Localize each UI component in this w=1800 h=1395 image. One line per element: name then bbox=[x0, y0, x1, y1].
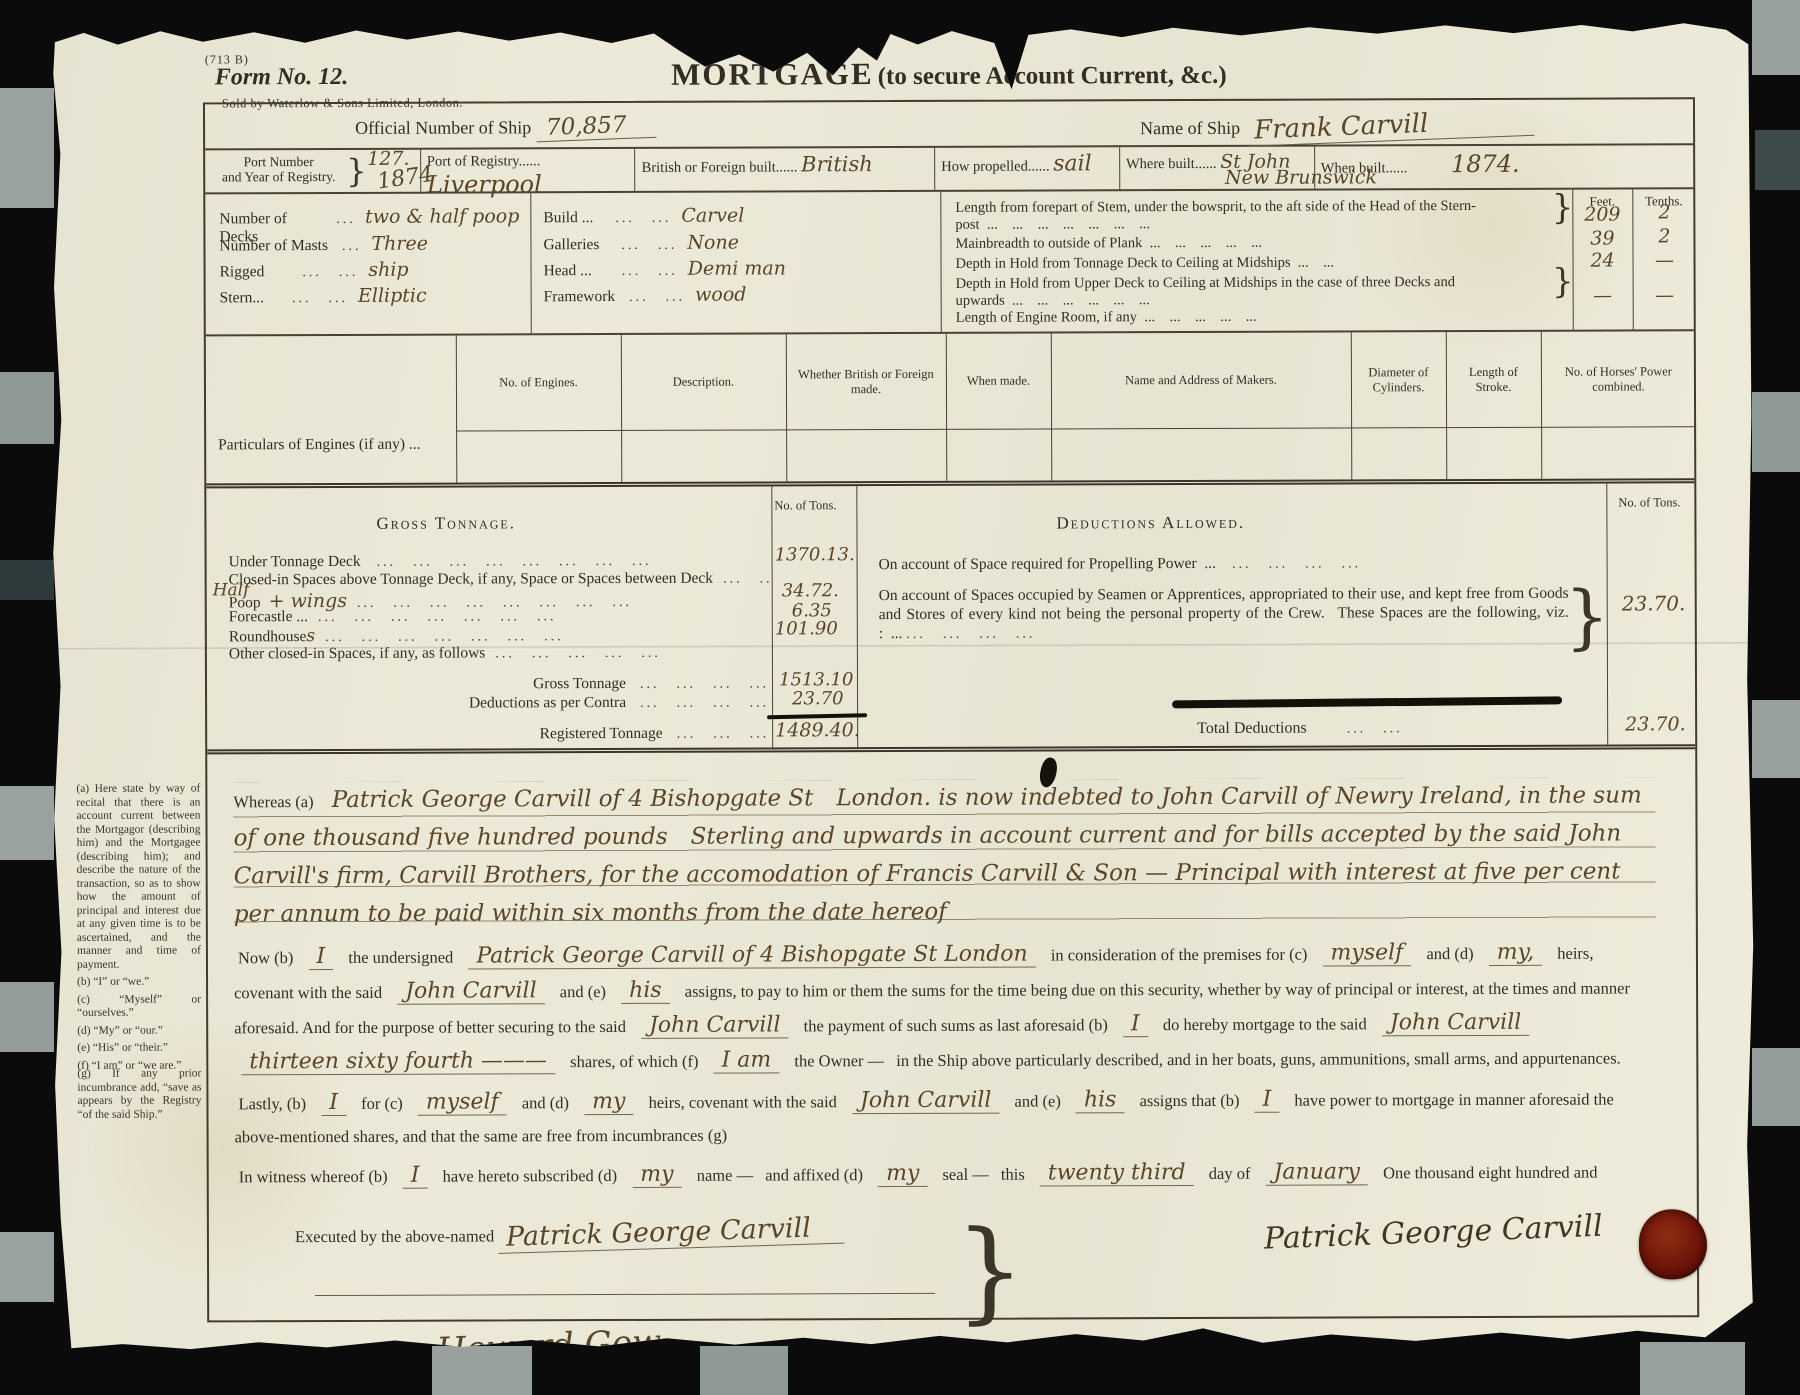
when-built-cell: When built...... 1874. bbox=[1314, 145, 1694, 188]
gross-tonnage-title: Gross Tonnage. bbox=[376, 513, 516, 533]
dot-leader: ... ... bbox=[302, 265, 358, 281]
official-number-value: 70,857 bbox=[535, 111, 656, 143]
port-of-registry-cell: Port of Registry...... Liverpool bbox=[420, 149, 635, 192]
dot-leader: ... ... ... bbox=[677, 726, 770, 742]
handwritten-text: my bbox=[632, 1162, 681, 1188]
deduction-row-label: On account of Space required for Propell… bbox=[879, 555, 1217, 574]
printed-text: heirs, covenant with the said bbox=[649, 1092, 837, 1112]
stern-value: Elliptic bbox=[358, 285, 427, 307]
brace-glyph: } bbox=[346, 152, 366, 190]
built-label: British or Foreign built...... bbox=[642, 159, 798, 176]
decks-value: two & half poop bbox=[365, 205, 519, 228]
margin-note-g-block: (g) If any prior incumbrance add, “save … bbox=[77, 1067, 201, 1125]
registry-row: Port Number and Year of Registry. } 127.… bbox=[205, 145, 1693, 194]
port-of-registry-label: Port of Registry...... bbox=[427, 153, 541, 169]
tonnage-section: Gross Tonnage. No. of Tons. Under Tonnag… bbox=[206, 483, 1695, 754]
brace-glyph: } bbox=[1552, 200, 1574, 217]
tenths-value: — bbox=[1635, 284, 1695, 306]
scanner-strip bbox=[1752, 0, 1800, 75]
handwritten-text: his bbox=[621, 978, 670, 1004]
document-title: MORTGAGE (to secure Account Current, &c.… bbox=[203, 53, 1695, 94]
dot-leader: ... ... bbox=[723, 571, 769, 587]
handwritten-text: Patrick George Carvill of 4 Bishopgate S… bbox=[468, 942, 1035, 970]
gross-tonnage-total-row: Gross Tonnage ... ... ... ... bbox=[367, 674, 769, 693]
printed-text: day of bbox=[1209, 1164, 1251, 1183]
tons-value: 1489.40. bbox=[775, 719, 860, 741]
printed-text: this bbox=[1001, 1165, 1025, 1184]
brace-glyph: } bbox=[1565, 576, 1610, 658]
engines-col-header: No. of Horses' Power combined. bbox=[1541, 331, 1696, 427]
built-value: British bbox=[801, 152, 873, 176]
executed-label: Executed by the above-named bbox=[295, 1226, 494, 1246]
scanner-strip bbox=[1752, 1048, 1800, 1126]
scanner-strip bbox=[1752, 392, 1800, 472]
tons-column-header: No. of Tons. bbox=[1618, 495, 1680, 510]
tenths-value: 2 bbox=[1634, 201, 1694, 223]
handwritten-text: I bbox=[321, 1090, 346, 1116]
engines-col-header: No. of Engines. bbox=[456, 335, 621, 431]
tonnage-row-label: Roundhouse bbox=[229, 628, 307, 646]
margin-note-b: (b) “I” or “we.” bbox=[77, 975, 201, 989]
mortgage-covenant-paragraph: Now (b) I the undersigned Patrick George… bbox=[234, 935, 1656, 1082]
framework-row: Framework ... ... wood bbox=[544, 283, 934, 306]
tonnage-row-label: Other closed-in Spaces, if any, as follo… bbox=[229, 644, 485, 663]
tonnage-row: Forecastle ... ... ... ... ... ... ... .… bbox=[229, 606, 769, 626]
dot-leader: ... bbox=[336, 212, 355, 228]
propelled-value: sail bbox=[1053, 151, 1092, 176]
printed-text: Lastly, (b) bbox=[238, 1094, 306, 1113]
head-row: Head ... ... ... Demi man bbox=[544, 257, 934, 280]
printed-text: the payment of such sums as last aforesa… bbox=[804, 1015, 1108, 1035]
where-built-cell: Where built...... St John New Brunswick bbox=[1119, 147, 1314, 190]
galleries-label: Galleries bbox=[543, 236, 599, 254]
margin-note-g: (g) If any prior incumbrance add, “save … bbox=[77, 1067, 201, 1121]
handwritten-text: I am bbox=[714, 1047, 780, 1073]
feet-value: 24 bbox=[1572, 249, 1632, 271]
feet-value: 209 bbox=[1572, 203, 1632, 225]
when-built-value: 1874. bbox=[1451, 150, 1520, 178]
masts-row: Number of Masts ... Three bbox=[219, 232, 519, 255]
document-title-main: MORTGAGE bbox=[671, 56, 874, 92]
handwritten-text: I bbox=[308, 944, 333, 970]
brace-glyph: } bbox=[1552, 274, 1574, 291]
margin-note-d: (d) “My” or “our.” bbox=[77, 1024, 201, 1038]
framework-label: Framework bbox=[544, 288, 616, 306]
port-number-label: Port Number bbox=[244, 154, 314, 169]
dim-label: Mainbreadth to outside of Plank ... ... … bbox=[955, 235, 1262, 252]
engines-col-header: Whether British or Foreign made. bbox=[786, 334, 946, 430]
dot-leader: ... ... ... ... ... ... ... bbox=[318, 609, 557, 626]
tonnage-row: Closed-in Spaces above Tonnage Deck, if … bbox=[229, 569, 769, 589]
printed-text: and (e) bbox=[1015, 1091, 1061, 1110]
dim-row-depth-tonnage: Depth in Hold from Tonnage Deck to Ceili… bbox=[956, 254, 1556, 273]
tons-value: 23.70 bbox=[792, 688, 844, 709]
dim-row-depth-upper: Depth in Hold from Upper Deck to Ceiling… bbox=[956, 274, 1556, 310]
engines-col-header: When made. bbox=[946, 333, 1051, 428]
margin-notes: (a) Here state by way of recital that th… bbox=[76, 782, 201, 1076]
whereas-handwriting: Patrick George Carvill of 4 Bishopgate S… bbox=[233, 782, 1641, 926]
scanner-strip bbox=[0, 88, 54, 208]
handwritten-text: John Carvill bbox=[397, 978, 544, 1005]
deductions-title: Deductions Allowed. bbox=[1056, 513, 1245, 534]
total-deductions-label: Total Deductions bbox=[1197, 720, 1307, 738]
masts-value: Three bbox=[371, 233, 428, 255]
handwritten-text: twenty third bbox=[1040, 1160, 1194, 1187]
tons-value: 101.90 bbox=[775, 618, 838, 639]
dim-row-mainbreadth: Mainbreadth to outside of Plank ... ... … bbox=[955, 234, 1555, 253]
tonnage-row: Under Tonnage Deck ... ... ... ... ... .… bbox=[229, 551, 769, 571]
scanner-strip bbox=[0, 372, 54, 444]
registered-tonnage-row: Registered Tonnage ... ... ... bbox=[387, 724, 769, 743]
dim-label: Depth in Hold from Upper Deck to Ceiling… bbox=[956, 274, 1455, 309]
propelled-label: How propelled...... bbox=[941, 158, 1049, 174]
brace-glyph: } bbox=[955, 1216, 1025, 1326]
engines-section: Particulars of Engines (if any) ... No. … bbox=[206, 331, 1695, 488]
official-number-row: Official Number of Ship 70,857 Name of S… bbox=[205, 99, 1693, 150]
stern-label: Stern... bbox=[220, 289, 264, 307]
printed-text: have hereto subscribed (d) bbox=[443, 1166, 618, 1186]
printed-text: the undersigned bbox=[348, 948, 453, 967]
total-label: Registered Tonnage bbox=[540, 725, 663, 743]
printed-text: name — bbox=[697, 1166, 753, 1185]
port-number-label2: and Year of Registry. bbox=[222, 169, 336, 184]
handwritten-text: I bbox=[403, 1163, 428, 1189]
divider bbox=[530, 193, 531, 333]
dot-leader: ... ... bbox=[1347, 721, 1403, 737]
tonnage-row-label: Under Tonnage Deck bbox=[229, 553, 361, 571]
scanner-strip bbox=[1755, 130, 1800, 190]
tons-value: 1370.13. bbox=[775, 544, 855, 565]
dim-label: Length of Engine Room, if any ... ... ..… bbox=[956, 309, 1257, 326]
total-label: Deductions as per Contra bbox=[469, 694, 626, 713]
handwritten-text: thirteen sixty fourth ——— bbox=[241, 1048, 555, 1075]
handwritten-text: my bbox=[584, 1089, 633, 1115]
margin-note-c: (c) “Myself” or “ourselves.” bbox=[77, 993, 201, 1020]
framework-value: wood bbox=[695, 284, 746, 306]
printed-text: the Owner — bbox=[794, 1051, 884, 1070]
tonnage-row: Other closed-in Spaces, if any, as follo… bbox=[229, 643, 769, 663]
deduction-tons-value: 23.70. bbox=[1622, 591, 1686, 615]
particulars-section: Number of Decks ... two & half poop Numb… bbox=[205, 189, 1693, 336]
tonnage-row-label: Closed-in Spaces above Tonnage Deck, if … bbox=[229, 570, 713, 590]
dot-leader: ... ... ... ... bbox=[1232, 556, 1361, 572]
engines-col-header: Name and Address of Makers. bbox=[1051, 332, 1351, 428]
build-value: Carvel bbox=[681, 205, 744, 227]
rigged-row: Rigged ... ... ship bbox=[220, 258, 520, 281]
engines-col-header: Description. bbox=[621, 334, 786, 430]
margin-note-a: (a) Here state by way of recital that th… bbox=[76, 782, 201, 971]
galleries-row: Galleries ... ... None bbox=[543, 231, 933, 254]
printed-text: in consideration of the premises for (c) bbox=[1051, 945, 1308, 965]
official-number-label: Official Number of Ship bbox=[355, 117, 531, 138]
whereas-lead: Whereas (a) bbox=[233, 792, 313, 811]
handwritten-text: I bbox=[1255, 1087, 1280, 1113]
document-title-sub: (to secure Account Current, &c.) bbox=[878, 62, 1227, 90]
masts-label: Number of Masts bbox=[219, 237, 328, 255]
ink-smear bbox=[1172, 696, 1562, 708]
dim-label: Length from forepart of Stem, under the … bbox=[955, 198, 1476, 233]
printed-text: and (d) bbox=[522, 1093, 569, 1112]
printed-text: One thousand eight hundred and bbox=[1383, 1163, 1598, 1183]
handwritten-text: his bbox=[1076, 1087, 1125, 1113]
engines-col-header: Diameter of Cylinders. bbox=[1351, 332, 1446, 427]
handwritten-text: January bbox=[1266, 1159, 1368, 1185]
presence-line: in the presence of Howard Gow. bbox=[295, 1324, 995, 1366]
scanner-strip bbox=[0, 982, 54, 1052]
handwritten-text: myself bbox=[418, 1089, 507, 1115]
feet-value: 39 bbox=[1572, 227, 1632, 249]
total-deductions-row: Total Deductions ... ... bbox=[1197, 719, 1597, 738]
ship-name-value: Frank Carvill bbox=[1244, 105, 1535, 147]
build-label: Build ... bbox=[543, 209, 593, 227]
dot-leader: ... ... bbox=[621, 238, 677, 254]
propelled-cell: How propelled...... sail bbox=[934, 147, 1119, 190]
executed-name: Patrick George Carvill bbox=[498, 1212, 845, 1254]
tons-column-header: No. of Tons. bbox=[774, 498, 836, 513]
tonnage-row-label: Forecastle ... bbox=[229, 608, 308, 626]
document-paper: (713 B) Form No. 12. Sold by Waterlow & … bbox=[50, 15, 1757, 1351]
divider bbox=[771, 486, 773, 747]
build-row: Build ... ... ... Carvel bbox=[543, 204, 933, 227]
seamen-spaces-row: On account of Spaces occupied by Seamen … bbox=[879, 584, 1569, 644]
ship-name-label: Name of Ship bbox=[1140, 118, 1240, 138]
engines-col-header: Length of Stroke. bbox=[1446, 332, 1541, 427]
form-body: Official Number of Ship 70,857 Name of S… bbox=[203, 97, 1699, 1322]
deductions-contra-row: Deductions as per Contra ... ... ... ... bbox=[327, 693, 769, 713]
handwritten-text: John Carvill bbox=[1382, 1010, 1529, 1037]
handwritten-text: my bbox=[878, 1161, 927, 1187]
dot-leader: ... ... bbox=[629, 290, 685, 306]
handwritten-text: John Carvill bbox=[641, 1012, 788, 1039]
tenths-value: — bbox=[1634, 249, 1694, 271]
scanner-strip bbox=[700, 1346, 788, 1395]
propelling-power-row: On account of Space required for Propell… bbox=[879, 554, 1599, 575]
executed-line: Executed by the above-named Patrick Geor… bbox=[295, 1216, 996, 1367]
blank-rule bbox=[315, 1276, 935, 1296]
tons-value: 34.72. bbox=[782, 580, 839, 601]
margin-note-e: (e) “His” or “their.” bbox=[77, 1041, 201, 1055]
scanner-strip bbox=[0, 786, 54, 860]
engines-label: Particulars of Engines (if any) ... bbox=[218, 436, 420, 455]
scanner-strip bbox=[1640, 1342, 1745, 1395]
divider bbox=[940, 192, 941, 332]
dim-label: Depth in Hold from Tonnage Deck to Ceili… bbox=[956, 254, 1335, 271]
dot-leader: ... ... bbox=[292, 291, 348, 307]
lastly-paragraph: Lastly, (b) I for (c) myself and (d) my … bbox=[234, 1081, 1656, 1156]
half-annotation: Half bbox=[213, 580, 250, 600]
built-cell: British or Foreign built...... British bbox=[635, 148, 935, 191]
roundhouse-hand-s: s bbox=[306, 626, 315, 646]
head-label: Head ... bbox=[544, 262, 592, 280]
printed-text: do hereby mortgage to the said bbox=[1163, 1014, 1367, 1034]
dim-row-engine-room: Length of Engine Room, if any ... ... ..… bbox=[956, 308, 1556, 327]
scanned-document-page: { "colors":{"paper":"#e9e6d5","ink":"#33… bbox=[0, 0, 1800, 1395]
rigged-label: Rigged bbox=[220, 263, 265, 281]
stern-row: Stern... ... ... Elliptic bbox=[220, 284, 520, 307]
printed-text: seal — bbox=[942, 1165, 988, 1184]
printed-text: and (d) bbox=[1426, 944, 1473, 963]
printed-text: for (c) bbox=[361, 1094, 403, 1113]
printed-text: and affixed (d) bbox=[765, 1165, 863, 1184]
tenths-value: 2 bbox=[1634, 225, 1694, 247]
witness-paragraph: In witness whereof (b) I have hereto sub… bbox=[235, 1151, 1657, 1200]
handwritten-text: John Carvill bbox=[852, 1088, 999, 1115]
official-number-group: Official Number of Ship 70,857 bbox=[355, 113, 656, 141]
whereas-paragraph: Whereas (a) Patrick George Carvill of 4 … bbox=[233, 777, 1655, 926]
mortgagor-signature: Patrick George Carvill bbox=[1263, 1209, 1603, 1257]
printed-text: shares, of which (f) bbox=[570, 1052, 698, 1071]
wax-seal bbox=[1639, 1209, 1707, 1279]
scanner-strip bbox=[1752, 700, 1800, 778]
dot-leader: ... ... ... ... ... bbox=[495, 646, 661, 663]
scanner-strip bbox=[0, 1232, 54, 1302]
dot-leader: ... ... ... ... ... ... ... ... bbox=[377, 554, 652, 571]
dot-leader: ... ... bbox=[615, 211, 671, 227]
when-built-label: When built...... bbox=[1321, 160, 1408, 176]
dot-leader: ... ... bbox=[622, 264, 678, 280]
dot-leader: ... ... ... ... bbox=[640, 695, 769, 711]
dot-leader: ... ... ... ... bbox=[906, 627, 1035, 642]
total-deductions-value: 23.70. bbox=[1625, 713, 1686, 735]
where-built-label: Where built...... bbox=[1126, 156, 1217, 172]
galleries-value: None bbox=[687, 232, 739, 254]
ship-name-group: Name of Ship Frank Carvill bbox=[1140, 110, 1535, 142]
presence-label: in the presence of bbox=[295, 1342, 412, 1361]
divider bbox=[856, 486, 858, 747]
dim-row-stem: Length from forepart of Stem, under the … bbox=[955, 198, 1555, 234]
scanner-strip bbox=[0, 560, 54, 600]
handwritten-text: I bbox=[1123, 1011, 1148, 1037]
feet-value: — bbox=[1573, 284, 1633, 306]
dot-leader: ... ... ... ... bbox=[640, 676, 769, 692]
handwritten-text: myself bbox=[1322, 940, 1411, 966]
dot-leader: ... bbox=[342, 239, 362, 255]
printed-text: in the Ship above particularly described… bbox=[896, 1048, 1621, 1070]
total-label: Gross Tonnage bbox=[533, 675, 626, 693]
printed-text: In witness whereof (b) bbox=[239, 1167, 388, 1187]
scanner-strip bbox=[432, 1346, 532, 1395]
printed-text: Now (b) bbox=[238, 948, 294, 967]
head-value: Demi man bbox=[688, 257, 786, 279]
printed-text: and (e) bbox=[560, 982, 606, 1001]
port-number-cell: Port Number and Year of Registry. } 127.… bbox=[205, 150, 420, 193]
printed-text: assigns that (b) bbox=[1140, 1091, 1240, 1110]
covenant-section: Whereas (a) Patrick George Carvill of 4 … bbox=[207, 777, 1697, 1334]
handwritten-text: my, bbox=[1489, 940, 1542, 966]
rigged-value: ship bbox=[368, 259, 408, 281]
